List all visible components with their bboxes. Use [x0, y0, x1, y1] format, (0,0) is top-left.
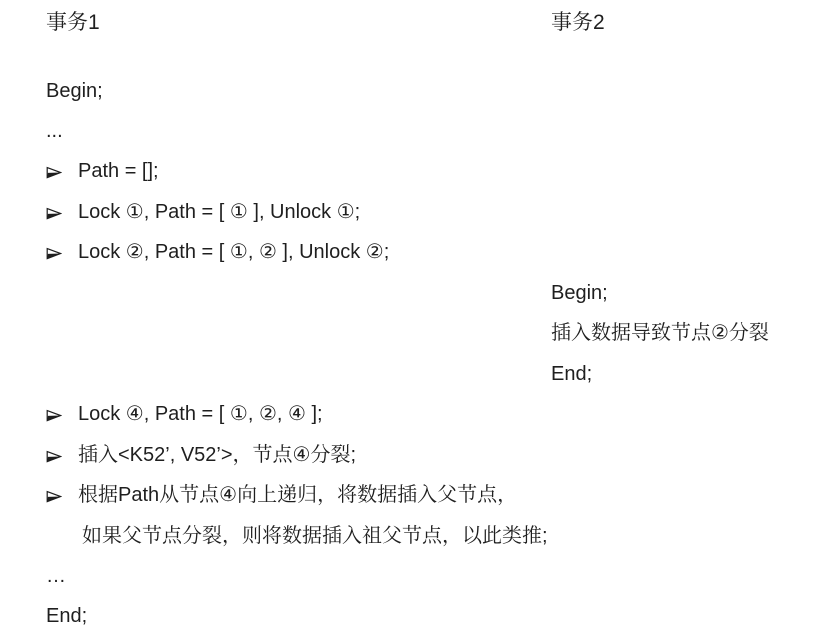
t1-path-init-text: Path = []; — [78, 158, 159, 184]
t1-ellipsis-top: ... — [46, 118, 63, 144]
t2-split-line: 插入数据导致节点②分裂 — [551, 320, 769, 346]
t1-ellipsis-bottom: … — [46, 563, 71, 589]
t1-path-init-line: Path = []; — [46, 158, 159, 184]
t1-lock2-line: Lock ②, Path = [ ①, ② ], Unlock ②; — [46, 239, 389, 265]
arrowhead-bullet-icon — [46, 450, 62, 463]
transaction1-title: 事务1 — [46, 10, 100, 36]
arrowhead-bullet-icon — [46, 166, 62, 179]
arrowhead-bullet-icon — [46, 490, 62, 503]
t1-recurse-text: 根据Path从节点④向上递归，将数据插入父节点， — [78, 482, 517, 508]
t1-lock1-text: Lock ①, Path = [ ① ], Unlock ①; — [78, 199, 360, 225]
t1-insert-k52-line: 插入<K52’, V52’>，节点④分裂; — [46, 442, 356, 468]
t1-lock2-text: Lock ②, Path = [ ①, ② ], Unlock ②; — [78, 239, 389, 265]
t1-lock4-line: Lock ④, Path = [ ①, ②, ④ ]; — [46, 401, 323, 427]
arrowhead-bullet-icon — [46, 247, 62, 260]
t2-begin-line: Begin; — [551, 280, 608, 306]
t2-end-line: End; — [551, 361, 592, 387]
slide-page: 事务1 事务2 Begin; ... Path = []; Lock ①, Pa… — [0, 0, 834, 634]
transaction2-title: 事务2 — [551, 10, 605, 36]
arrowhead-bullet-icon — [46, 409, 62, 422]
t1-end-line: End; — [46, 603, 87, 629]
t1-recurse-line: 根据Path从节点④向上递归，将数据插入父节点， — [46, 482, 517, 508]
t1-lock1-line: Lock ①, Path = [ ① ], Unlock ①; — [46, 199, 360, 225]
t1-insert-k52-text: 插入<K52’, V52’>，节点④分裂; — [78, 442, 356, 468]
t1-begin-line: Begin; — [46, 78, 103, 104]
t1-lock4-text: Lock ④, Path = [ ①, ②, ④ ]; — [78, 401, 323, 427]
arrowhead-bullet-icon — [46, 207, 62, 220]
t1-recurse-continuation-line: 如果父节点分裂，则将数据插入祖父节点，以此类推; — [46, 523, 548, 549]
